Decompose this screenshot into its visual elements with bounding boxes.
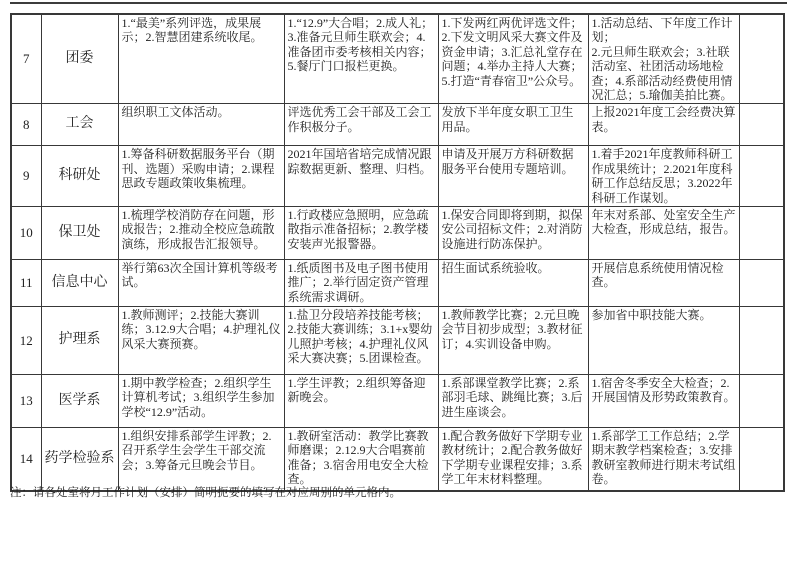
table-row: 11信息中心举行第63次全国计算机等级考试。1.纸质图书及电子图书使用推广；2.…: [11, 259, 784, 306]
table-row: 12护理系1.教师测评；2.技能大赛训练；3.12.9大合唱；4.护理礼仪风采大…: [11, 306, 784, 374]
empty-cell: [739, 306, 784, 374]
task-cell-week-4: 1.宿舍冬季安全大检查；2.开展国情及形势政策教育。: [588, 374, 739, 427]
row-number: 8: [11, 104, 41, 146]
department-name: 科研处: [41, 146, 118, 207]
row-number: 10: [11, 206, 41, 259]
empty-cell: [739, 146, 784, 207]
empty-cell: [739, 14, 784, 104]
department-name: 医学系: [41, 374, 118, 427]
table-row: 13医学系1.期中教学检查；2.组织学生计算机考试；3.组织学生参加学校“12.…: [11, 374, 784, 427]
task-cell-week-4: 开展信息系统使用情况检查。: [588, 259, 739, 306]
task-cell-week-2: 1.盐卫分段培养技能考核；2.技能大赛训练；3.1+x婴幼儿照护考核；4.护理礼…: [284, 306, 438, 374]
empty-cell: [739, 427, 784, 491]
empty-cell: [739, 206, 784, 259]
department-name: 保卫处: [41, 206, 118, 259]
task-cell-week-3: 1.系部课堂教学比赛；2.系部羽毛球、跳绳比赛；3.后进生座谈会。: [438, 374, 588, 427]
task-cell-week-2: 评选优秀工会干部及工会工作积极分子。: [284, 104, 438, 146]
task-cell-week-3: 发放下半年度女职工卫生用品。: [438, 104, 588, 146]
table-row: 9科研处1.筹备科研数据服务平台（期刊、选题）采购申请；2.课程思政专题政策收集…: [11, 146, 784, 207]
department-name: 信息中心: [41, 259, 118, 306]
task-cell-week-2: 1.纸质图书及电子图书使用推广；2.举行固定资产管理系统需求调研。: [284, 259, 438, 306]
task-cell-week-3: 1.下发两红两优评选文件；2.下发文明风采大赛文件及资金申请；3.汇总礼堂存在问…: [438, 14, 588, 104]
task-cell-week-4: 1.着手2021年度教师科研工作成果统计；2.2021年度科研工作总结反思；3.…: [588, 146, 739, 207]
task-cell-week-1: 1.筹备科研数据服务平台（期刊、选题）采购申请；2.课程思政专题政策收集梳理。: [118, 146, 284, 207]
task-cell-week-3: 申请及开展万方科研数据服务平台使用专题培训。: [438, 146, 588, 207]
table-row: 8工会组织职工文体活动。评选优秀工会干部及工会工作积极分子。发放下半年度女职工卫…: [11, 104, 784, 146]
task-cell-week-4: 年末对系部、处室安全生产大检查，形成总结，报告。: [588, 206, 739, 259]
monthly-work-plan-table: 7团委1.“最美”系列评选，成果展示；2.智慧团建系统收尾。1.“12.9”大合…: [10, 13, 785, 492]
task-cell-week-2: 1.行政楼应急照明，应急疏散指示准备招标；2.教学楼安装声光报警器。: [284, 206, 438, 259]
task-cell-week-4: 参加省中职技能大赛。: [588, 306, 739, 374]
department-name: 团委: [41, 14, 118, 104]
task-cell-week-3: 1.配合教务做好下学期专业教材统计；2.配合教务做好下学期专业课程安排；3.系学…: [438, 427, 588, 491]
task-cell-week-2: 1.教研室活动：教学比赛教师磨课；2.12.9大合唱赛前准备；3.宿舍用电安全大…: [284, 427, 438, 491]
task-cell-week-3: 1.教师教学比赛；2.元旦晚会节目初步成型；3.教材征订；4.实训设备申购。: [438, 306, 588, 374]
empty-cell: [739, 259, 784, 306]
task-cell-week-4: 上报2021年度工会经费决算表。: [588, 104, 739, 146]
task-cell-week-1: 1.教师测评；2.技能大赛训练；3.12.9大合唱；4.护理礼仪风采大赛预赛。: [118, 306, 284, 374]
table-footnote: 注：请各处室将月工作计划（安排）简明扼要的填写在对应周别的单元格内。: [10, 486, 770, 501]
table-row: 14药学检验系1.组织安排系部学生评教；2.召开系学生会学生干部交流会；3.筹备…: [11, 427, 784, 491]
department-name: 护理系: [41, 306, 118, 374]
task-cell-week-1: 1.期中教学检查；2.组织学生计算机考试；3.组织学生参加学校“12.9”活动。: [118, 374, 284, 427]
task-cell-week-1: 1.“最美”系列评选，成果展示；2.智慧团建系统收尾。: [118, 14, 284, 104]
task-cell-week-2: 2021年国培省培完成情况跟踪数据更新、整理、归档。: [284, 146, 438, 207]
plan-table-body: 7团委1.“最美”系列评选，成果展示；2.智慧团建系统收尾。1.“12.9”大合…: [11, 14, 784, 491]
task-cell-week-4: 1.活动总结、下年度工作计划； 2.元旦师生联欢会；3.社联活动室、社团活动场地…: [588, 14, 739, 104]
row-number: 9: [11, 146, 41, 207]
task-cell-week-3: 1.保安合同即将到期，拟保安公司招标文件；2.对消防设施进行防冻保护。: [438, 206, 588, 259]
row-number: 7: [11, 14, 41, 104]
task-cell-week-1: 1.组织安排系部学生评教；2.召开系学生会学生干部交流会；3.筹备元旦晚会节目。: [118, 427, 284, 491]
task-cell-week-2: 1.学生评教；2.组织筹备迎新晚会。: [284, 374, 438, 427]
task-cell-week-3: 招生面试系统验收。: [438, 259, 588, 306]
task-cell-week-1: 举行第63次全国计算机等级考试。: [118, 259, 284, 306]
department-name: 药学检验系: [41, 427, 118, 491]
row-number: 14: [11, 427, 41, 491]
previous-row-bottom-border: [10, 2, 787, 4]
row-number: 12: [11, 306, 41, 374]
row-number: 11: [11, 259, 41, 306]
document-page: 7团委1.“最美”系列评选，成果展示；2.智慧团建系统收尾。1.“12.9”大合…: [0, 0, 799, 566]
task-cell-week-1: 组织职工文体活动。: [118, 104, 284, 146]
empty-cell: [739, 374, 784, 427]
task-cell-week-1: 1.梳理学校消防存在问题，形成报告；2.推动全校应急疏散演练，形成报告汇报领导。: [118, 206, 284, 259]
row-number: 13: [11, 374, 41, 427]
task-cell-week-4: 1.系部学工工作总结；2.学期末教学档案检查；3.安排教研室教师进行期末考试组卷…: [588, 427, 739, 491]
table-row: 10保卫处1.梳理学校消防存在问题，形成报告；2.推动全校应急疏散演练，形成报告…: [11, 206, 784, 259]
task-cell-week-2: 1.“12.9”大合唱；2.成人礼；3.准备元旦师生联欢会；4.准备团市委考核相…: [284, 14, 438, 104]
department-name: 工会: [41, 104, 118, 146]
empty-cell: [739, 104, 784, 146]
table-row: 7团委1.“最美”系列评选，成果展示；2.智慧团建系统收尾。1.“12.9”大合…: [11, 14, 784, 104]
